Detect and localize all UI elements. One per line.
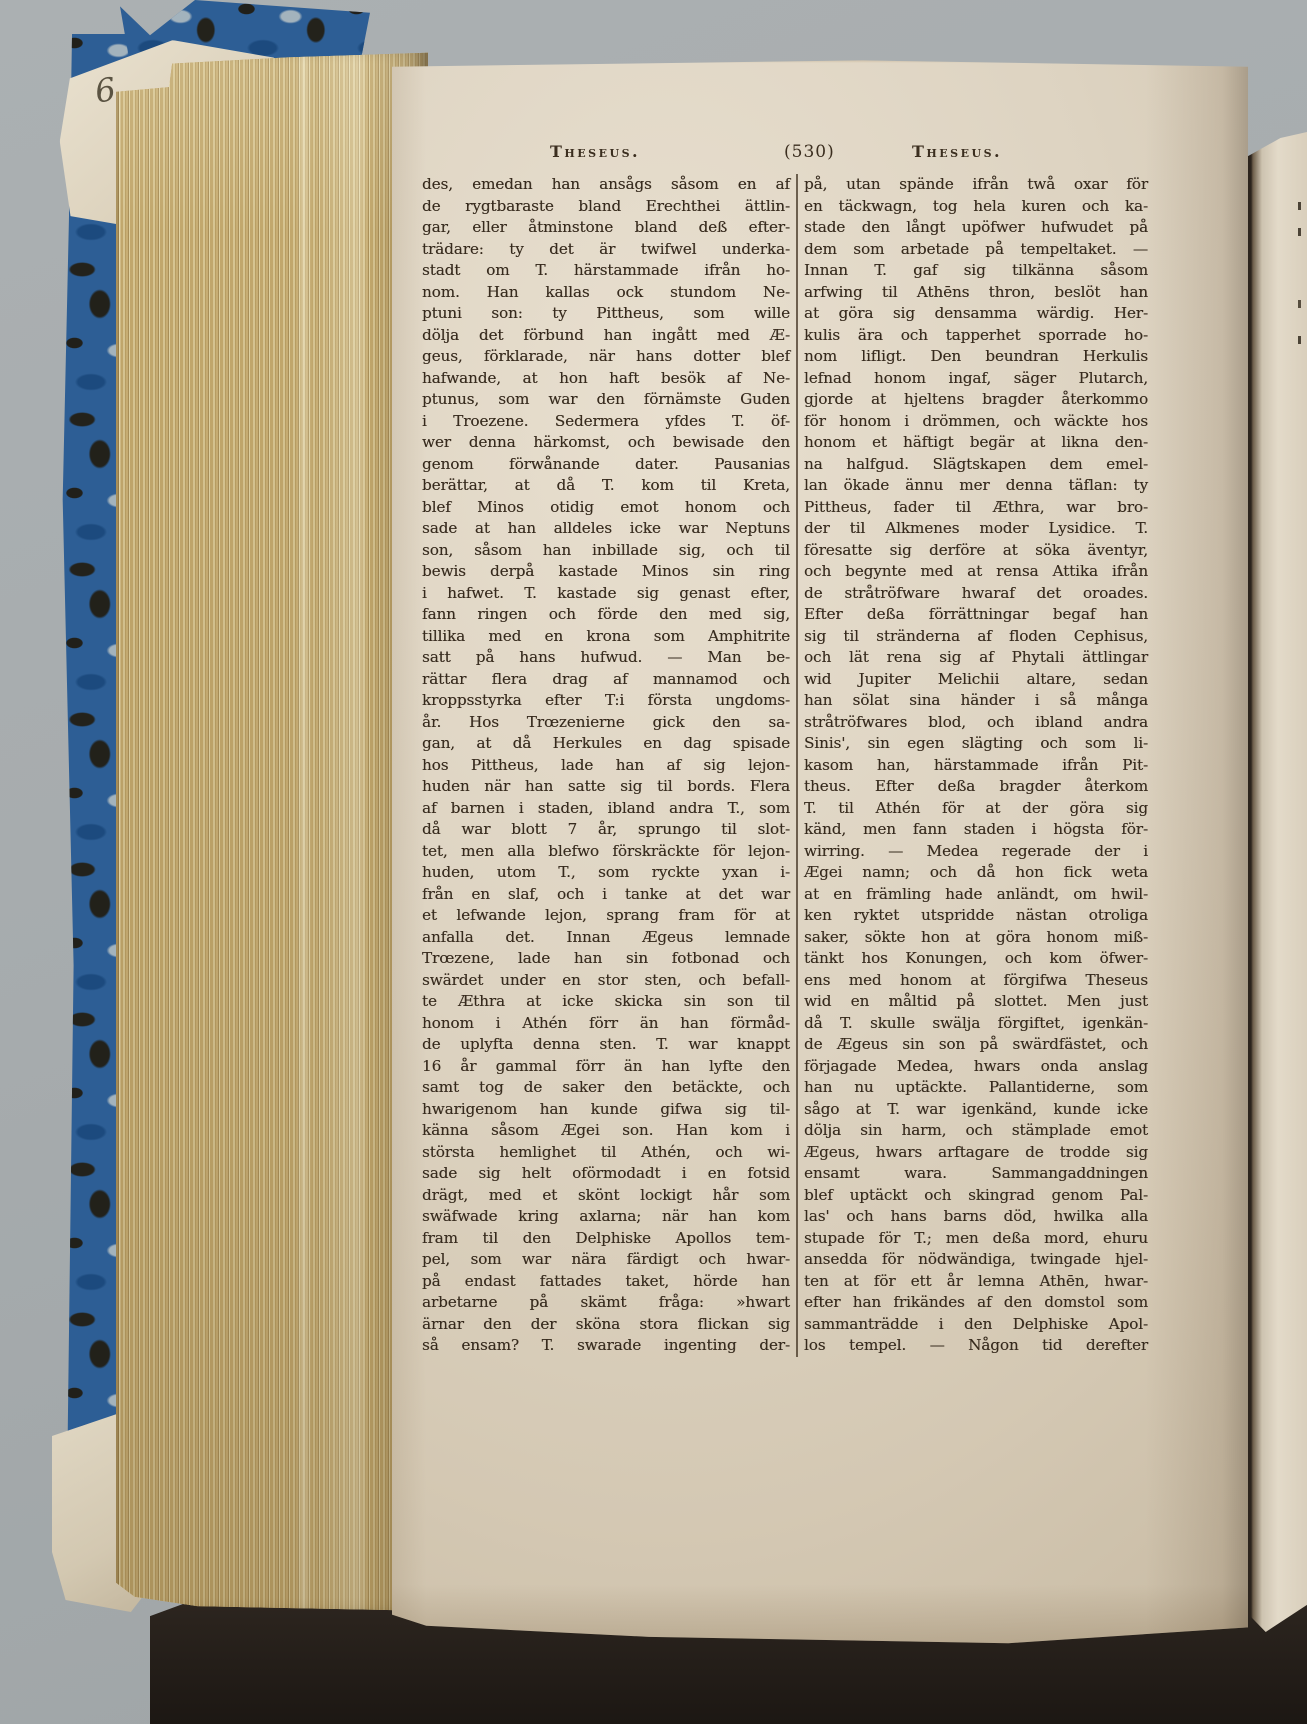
text-line: T. til Athén för at der göra sig <box>804 798 1148 820</box>
text-line: nom lifligt. Den beundran Herkulis <box>804 346 1148 368</box>
text-line: fann ringen och förde den med sig, <box>422 604 790 626</box>
text-line: ensamt wara. Sammangaddningen <box>804 1163 1148 1185</box>
text-line: wid Jupiter Melichii altare, sedan <box>804 669 1148 691</box>
text-line: Sinis', sin egen slägting och som li- <box>804 733 1148 755</box>
text-line: då war blott 7 år, sprungo til slot- <box>422 819 790 841</box>
text-line: wirring. — Medea regerade der i <box>804 841 1148 863</box>
next-page-sliver <box>1248 132 1307 1638</box>
text-line: fram til den Delphiske Apollos tem- <box>422 1228 790 1250</box>
text-line: Ægei namn; och då hon fick weta <box>804 862 1148 884</box>
text-line: 16 år gammal förr än han lyfte den <box>422 1056 790 1078</box>
text-line: stadt om T. härstammade ifrån ho- <box>422 260 790 282</box>
text-line: bewis derpå kastade Minos sin ring <box>422 561 790 583</box>
text-line: och lät rena sig af Phytali ättlingar <box>804 647 1148 669</box>
scanned-book-photo: { "page": { "header": { "left_title": "T… <box>0 0 1307 1724</box>
text-line: kroppsstyrka efter T:i första ungdoms- <box>422 690 790 712</box>
text-line: des, emedan han ansågs såsom en af <box>422 174 790 196</box>
text-line: at en främling hade anländt, om hwil- <box>804 884 1148 906</box>
text-line: swäfwade kring axlarna; när han kom <box>422 1206 790 1228</box>
text-line: dölja det förbund han ingått med Æ- <box>422 325 790 347</box>
text-line: arfwing til Athēns thron, beslöt han <box>804 282 1148 304</box>
text-line: från en slaf, och i tanke at det war <box>422 884 790 906</box>
text-line: ptuni son: ty Pittheus, som wille <box>422 303 790 325</box>
text-line: at göra sig densamma wärdig. Her- <box>804 303 1148 325</box>
text-line: hos Pittheus, lade han af sig lejon- <box>422 755 790 777</box>
text-line: förjagade Medea, hwars onda anslag <box>804 1056 1148 1078</box>
text-line: ens med honom at förgifwa Theseus <box>804 970 1148 992</box>
fore-edge-page-stack <box>116 48 428 1614</box>
book-page: Theseus. (530) Theseus. des, emedan han … <box>392 58 1248 1648</box>
text-line: ptunus, som war den förnämste Guden <box>422 389 790 411</box>
text-line: hwarigenom han kunde gifwa sig til- <box>422 1099 790 1121</box>
text-line: stade den långt upöfwer hufwudet på <box>804 217 1148 239</box>
text-line: geus, förklarade, när hans dotter blef <box>422 346 790 368</box>
text-line: nom. Han kallas ock stundom Ne- <box>422 282 790 304</box>
text-line: ken ryktet utspridde nästan otroliga <box>804 905 1148 927</box>
text-line: rättar flera drag af mannamod och <box>422 669 790 691</box>
text-line: Innan T. gaf sig tilkänna såsom <box>804 260 1148 282</box>
text-line: gjorde at hjeltens bragder återkommo <box>804 389 1148 411</box>
text-line: af barnen i staden, ibland andra T., som <box>422 798 790 820</box>
text-line: känna såsom Ægei son. Han kom i <box>422 1120 790 1142</box>
text-line: huden när han satte sig til bords. Flera <box>422 776 790 798</box>
text-column-right: på, utan spände ifrån twå oxar fören täc… <box>796 174 1148 1357</box>
text-line: sade at han alldeles icke war Neptuns <box>422 518 790 540</box>
text-line: tillika med en krona som Amphitrite <box>422 626 790 648</box>
text-line: på endast fattades taket, hörde han <box>422 1271 790 1293</box>
text-line: sammanträdde i den Delphiske Apol- <box>804 1314 1148 1336</box>
text-line: de uplyfta denna sten. T. war knappt <box>422 1034 790 1056</box>
text-line: han sölat sina händer i så många <box>804 690 1148 712</box>
text-line: lefnad honom ingaf, säger Plutarch, <box>804 368 1148 390</box>
text-line: Pittheus, fader til Æthra, war bro- <box>804 497 1148 519</box>
text-line: blef Minos otidig emot honom och <box>422 497 790 519</box>
text-line: en täckwagn, tog hela kuren och ka- <box>804 196 1148 218</box>
text-line: tet, men alla blefwo förskräckte för lej… <box>422 841 790 863</box>
text-line: de Ægeus sin son på swärdfästet, och <box>804 1034 1148 1056</box>
text-line: stupade för T.; men deßa mord, ehuru <box>804 1228 1148 1250</box>
text-line: anfalla det. Innan Ægeus lemnade <box>422 927 790 949</box>
text-line: så ensam? T. swarade ingenting der- <box>422 1335 790 1357</box>
text-line: i hafwet. T. kastade sig genast efter, <box>422 583 790 605</box>
text-line: dem som arbetade på tempeltaket. — <box>804 239 1148 261</box>
text-line: år. Hos Trœzenierne gick den sa- <box>422 712 790 734</box>
text-line: känd, men fann staden i högsta för- <box>804 819 1148 841</box>
text-line: huden, utom T., som ryckte yxan i- <box>422 862 790 884</box>
text-line: i Troezene. Sedermera yfdes T. öf- <box>422 411 790 433</box>
text-line: lan ökade ännu mer denna täflan: ty <box>804 475 1148 497</box>
text-line: sade sig helt oförmodadt i en fotsid <box>422 1163 790 1185</box>
text-line: son, såsom han inbillade sig, och til <box>422 540 790 562</box>
text-line: på, utan spände ifrån twå oxar för <box>804 174 1148 196</box>
text-line: wid en måltid på slottet. Men just <box>804 991 1148 1013</box>
text-line: sågo at T. war igenkänd, kunde icke <box>804 1099 1148 1121</box>
text-line: föresatte sig derföre at söka äventyr, <box>804 540 1148 562</box>
text-line: för honom i drömmen, och wäckte hos <box>804 411 1148 433</box>
text-line: ten at för ett år lemna Athēn, hwar- <box>804 1271 1148 1293</box>
text-line: kasom han, härstammade ifrån Pit- <box>804 755 1148 777</box>
text-line: han nu uptäckte. Pallantiderne, som <box>804 1077 1148 1099</box>
text-line: Trœzene, lade han sin fotbonad och <box>422 948 790 970</box>
text-line: gar, eller åtminstone bland deß efter- <box>422 217 790 239</box>
text-line: wer denna härkomst, och bewisade den <box>422 432 790 454</box>
text-line: pel, som war nära färdigt och hwar- <box>422 1249 790 1271</box>
text-line: gan, at då Herkules en dag spisade <box>422 733 790 755</box>
text-line: och begynte med at rensa Attika ifrån <box>804 561 1148 583</box>
text-line: ansedda för nödwändiga, twingade hjel- <box>804 1249 1148 1271</box>
text-line: de rygtbaraste bland Erechthei ättlin- <box>422 196 790 218</box>
text-line: då T. skulle swälja förgiftet, igenkän- <box>804 1013 1148 1035</box>
next-page-text-fragments <box>1298 202 1301 210</box>
text-line: honom et häftigt begär at likna den- <box>804 432 1148 454</box>
text-line: trädare: ty det är twifwel underka- <box>422 239 790 261</box>
text-line: satt på hans hufwud. — Man be- <box>422 647 790 669</box>
page-number: (530) <box>784 142 835 162</box>
text-line: genom förwånande dater. Pausanias <box>422 454 790 476</box>
text-line: swärdet under en stor sten, och befall- <box>422 970 790 992</box>
text-line: arbetarne på skämt fråga: »hwart <box>422 1292 790 1314</box>
text-line: sig til stränderna af floden Cephisus, <box>804 626 1148 648</box>
text-line: drägt, med et skönt lockigt hår som <box>422 1185 790 1207</box>
text-line: samt tog de saker den betäckte, och <box>422 1077 790 1099</box>
text-line: efter han frikändes af den domstol som <box>804 1292 1148 1314</box>
text-line: stråtröfwares blod, och ibland andra <box>804 712 1148 734</box>
text-line: der til Alkmenes moder Lysidice. T. <box>804 518 1148 540</box>
text-line: los tempel. — Någon tid derefter <box>804 1335 1148 1357</box>
text-line: hafwande, at hon haft besök af Ne- <box>422 368 790 390</box>
text-line: blef uptäckt och skingrad genom Pal- <box>804 1185 1148 1207</box>
text-line: et lefwande lejon, sprang fram för at <box>422 905 790 927</box>
text-line: na halfgud. Slägtskapen dem emel- <box>804 454 1148 476</box>
text-line: berättar, at då T. kom til Kreta, <box>422 475 790 497</box>
text-line: honom i Athén förr än han förmåd- <box>422 1013 790 1035</box>
text-line: Ægeus, hwars arftagare de trodde sig <box>804 1142 1148 1164</box>
page-header: Theseus. (530) Theseus. <box>392 142 1248 166</box>
text-line: kulis ära och tapperhet sporrade ho- <box>804 325 1148 347</box>
text-line: största hemlighet til Athén, och wi- <box>422 1142 790 1164</box>
text-line: theus. Efter deßa bragder återkom <box>804 776 1148 798</box>
text-line: dölja sin harm, och stämplade emot <box>804 1120 1148 1142</box>
text-line: las' och hans barns död, hwilka alla <box>804 1206 1148 1228</box>
running-title-right: Theseus. <box>912 142 1002 161</box>
text-column-left: des, emedan han ansågs såsom en afde ryg… <box>422 174 790 1357</box>
text-line: ärnar den der sköna stora flickan sig <box>422 1314 790 1336</box>
text-line: saker, sökte hon at göra honom miß- <box>804 927 1148 949</box>
text-line: Efter deßa förrättningar begaf han <box>804 604 1148 626</box>
text-line: te Æthra at icke skicka sin son til <box>422 991 790 1013</box>
running-title-left: Theseus. <box>550 142 640 161</box>
text-line: tänkt hos Konungen, och kom öfwer- <box>804 948 1148 970</box>
text-line: de stråtröfware hwaraf det oroades. <box>804 583 1148 605</box>
